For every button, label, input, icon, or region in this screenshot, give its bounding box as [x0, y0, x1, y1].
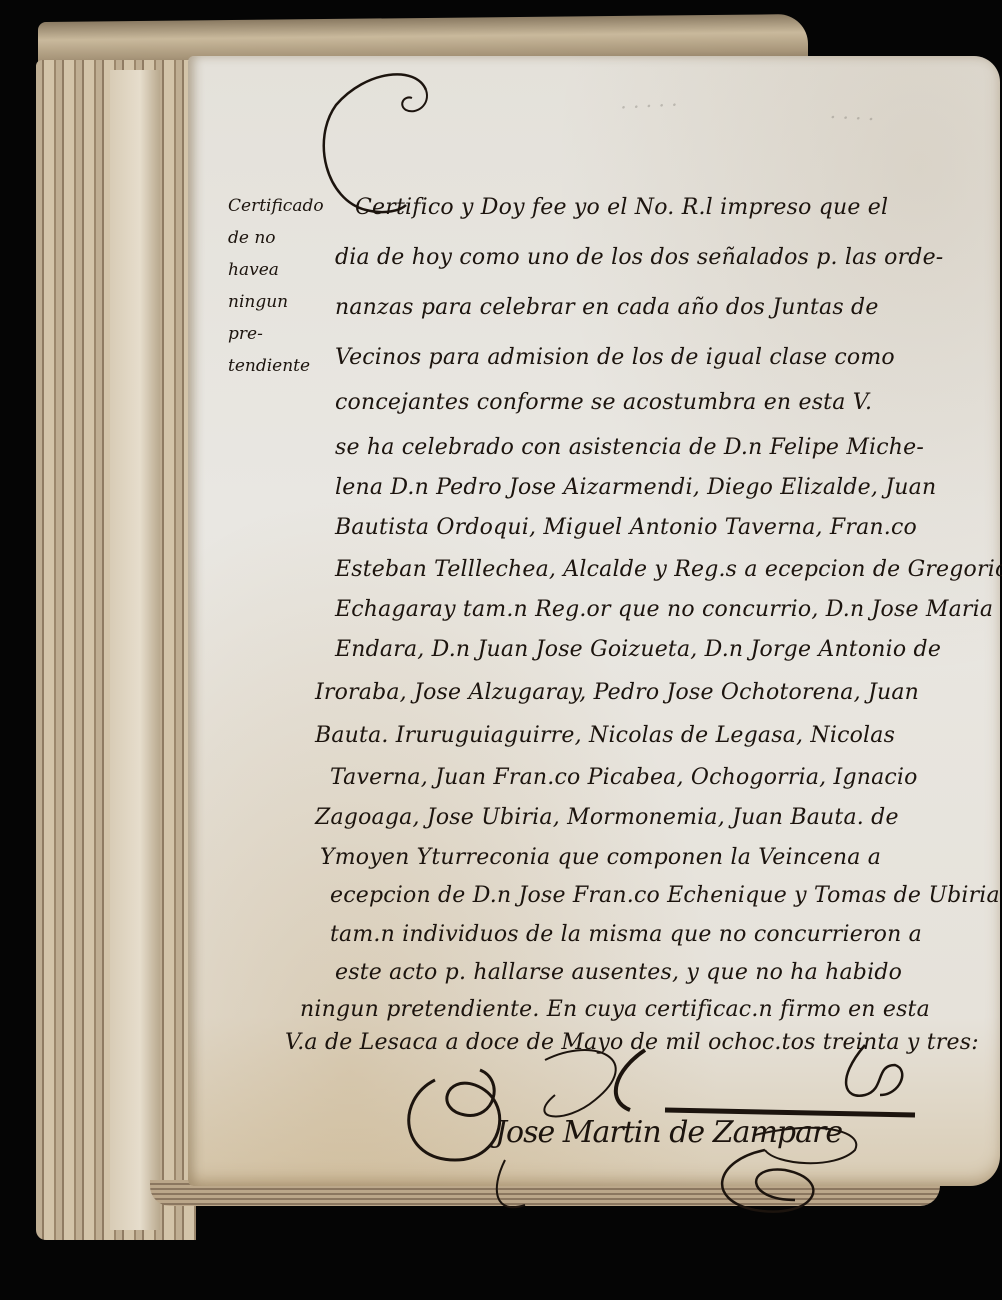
text-line: Endara, D.n Juan Jose Goizueta, D.n Jorg… — [335, 637, 941, 662]
text-line: se ha celebrado con asistencia de D.n Fe… — [335, 435, 924, 460]
text-line: Zagoaga, Jose Ubiria, Mormonemia, Juan B… — [315, 805, 899, 830]
text-line: ecepcion de D.n Jose Fran.co Echenique y… — [330, 883, 1000, 908]
text-line: Bautista Ordoqui, Miguel Antonio Taverna… — [335, 515, 917, 540]
text-line: Certifico y Doy fee yo el No. R.l impres… — [355, 195, 888, 220]
text-line: Iroraba, Jose Alzugaray, Pedro Jose Ocho… — [315, 680, 919, 705]
text-line: dia de hoy como uno de los dos señalados… — [335, 245, 943, 270]
text-line: Echagaray tam.n Reg.or que no concurrio,… — [335, 597, 993, 622]
text-line: este acto p. hallarse ausentes, y que no… — [335, 960, 902, 985]
text-line: Vecinos para admision de los de igual cl… — [335, 345, 895, 370]
text-line: Taverna, Juan Fran.co Picabea, Ochogorri… — [330, 765, 918, 790]
text-line: tam.n individuos de la misma que no conc… — [330, 922, 922, 947]
text-line: concejantes conforme se acostumbra en es… — [335, 390, 872, 415]
text-line: ningun pretendiente. En cuya certificac.… — [300, 997, 930, 1022]
text-line: Bauta. Iruruguiaguirre, Nicolas de Legas… — [315, 723, 895, 748]
text-line: lena D.n Pedro Jose Aizarmendi, Diego El… — [335, 475, 936, 500]
text-line: nanzas para celebrar en cada año dos Jun… — [335, 295, 879, 320]
text-line: Ymoyen Yturreconia que componen la Veinc… — [320, 845, 881, 870]
signature-name: Jose Martin de Zampare — [495, 1115, 842, 1150]
manuscript-book: . . . . . . . . . Certificado de no have… — [0, 0, 1002, 1300]
text-line: Esteban Telllechea, Alcalde y Reg.s a ec… — [335, 557, 1002, 582]
